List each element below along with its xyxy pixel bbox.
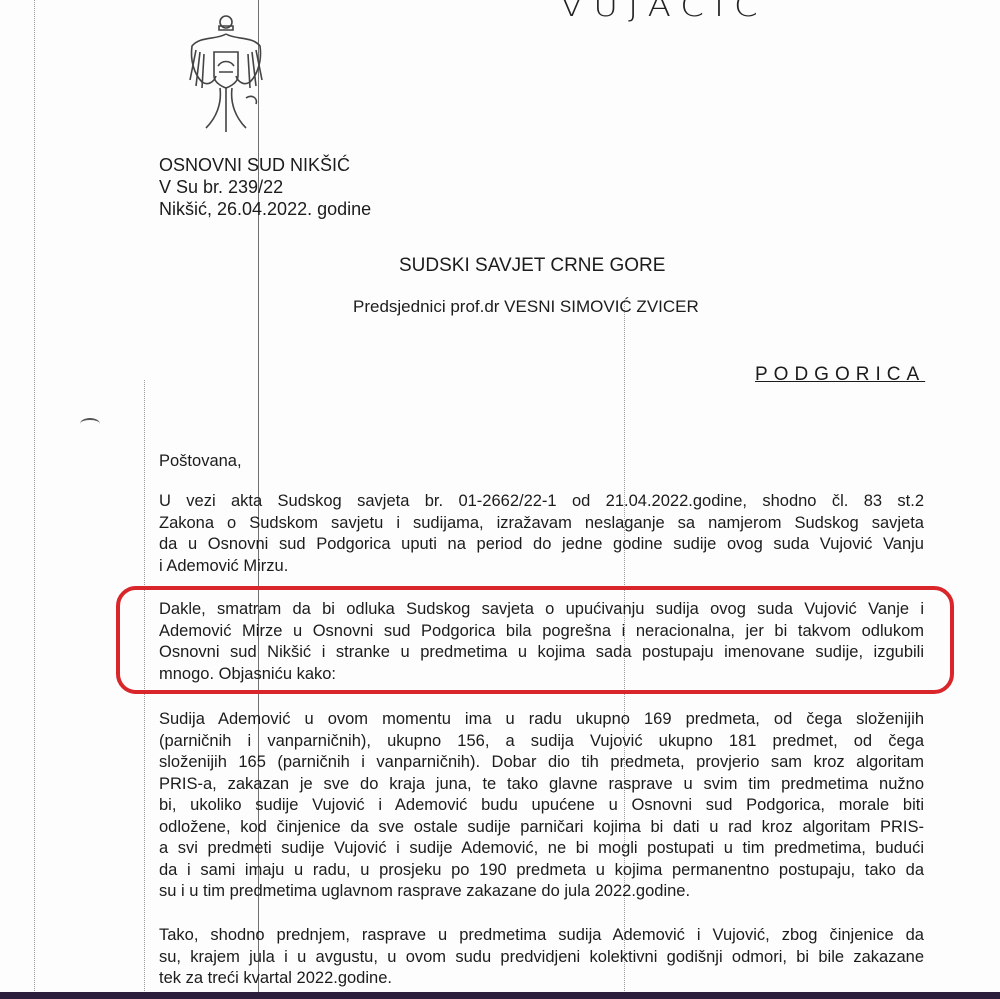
text-line: a svi predmeti sudije Vujović i sudije A… (159, 838, 924, 860)
coat-of-arms-icon (186, 12, 266, 140)
recipient-city: PODGORICA (755, 364, 925, 386)
sender-court: OSNOVNI SUD NIKŠIĆ (159, 154, 350, 176)
text-line: Osnovni sud Nikšić i stranke u predmetim… (159, 642, 924, 664)
place-date: Nikšić, 26.04.2022. godine (159, 198, 371, 220)
paragraph-4: Tako, shodno prednjem, rasprave u predme… (159, 925, 924, 990)
text-line: (parničnih i vanparničnih), ukupno 156, … (159, 731, 924, 753)
handwritten-note: VUJACIC (560, 0, 768, 24)
text-line: Dakle, smatram da bi odluka Sudskog savj… (159, 599, 924, 621)
salutation: Poštovana, (159, 452, 242, 471)
paragraph-2-highlighted: Dakle, smatram da bi odluka Sudskog savj… (159, 599, 924, 685)
text-line: Sudija Ademović u ovom momentu ima u rad… (159, 709, 924, 731)
scanned-letter-page: VUJACIC OSNOVNI SUD NIKŠIĆ V Su br. 239/… (0, 0, 1000, 999)
recipient-institution: SUDSKI SAVJET CRNE GORE (399, 255, 665, 277)
text-line: Zakona o Sudskom savjetu i sudijama, izr… (159, 513, 924, 535)
scan-dotted-line (34, 0, 35, 999)
text-line: bi, ukoliko sudije Vujović i Ademović bu… (159, 795, 924, 817)
text-line: složenijih 165 (parničnih i vanparničnih… (159, 752, 924, 774)
paragraph-3: Sudija Ademović u ovom momentu ima u rad… (159, 709, 924, 903)
text-line: su i u tim predmetima uglavnom rasprave … (159, 881, 924, 903)
text-line: da u Osnovni sud Podgorica uputi na peri… (159, 534, 924, 556)
text-line: U vezi akta Sudskog savjeta br. 01-2662/… (159, 491, 924, 513)
text-line: odložene, kod činjenice da sve ostale su… (159, 817, 924, 839)
text-line: mnogo. Objasniću kako: (159, 664, 924, 686)
text-line: tek za treći kvartal 2022.godine. (159, 968, 924, 990)
scan-mark (80, 418, 100, 430)
text-line: Tako, shodno prednjem, rasprave u predme… (159, 925, 924, 947)
text-line: Ademović Mirze u Osnovni sud Podgorica b… (159, 621, 924, 643)
text-line: su, krajem jula i u avgustu, u ovom sudu… (159, 947, 924, 969)
reference-number: V Su br. 239/22 (159, 176, 283, 198)
text-line: i Ademović Mirzu. (159, 556, 924, 578)
paragraph-1: U vezi akta Sudskog savjeta br. 01-2662/… (159, 491, 924, 577)
text-line: da i sami imaju u radu, u prosjeku po 19… (159, 860, 924, 882)
recipient-addressee: Predsjednici prof.dr VESNI SIMOVIĆ ZVICE… (353, 297, 699, 317)
text-line: PRIS-a, zakazan je sve do kraja juna, te… (159, 774, 924, 796)
bottom-edge-bar (0, 992, 1000, 999)
